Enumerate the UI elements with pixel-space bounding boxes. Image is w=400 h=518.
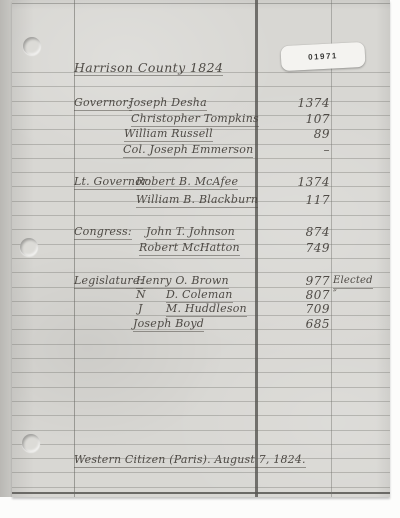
catalog-number: 01971 xyxy=(308,51,338,62)
vote-count: 709 xyxy=(306,302,330,316)
candidate-name: M. Huddleson xyxy=(166,302,247,317)
candidate-name: William B. Blackburn xyxy=(136,193,258,208)
candidate-name: D. Coleman xyxy=(166,288,233,303)
vote-count: 685 xyxy=(306,317,330,331)
ruled-line xyxy=(12,387,390,388)
tally-row: Governor: Joseph Desha 1374 xyxy=(74,96,332,111)
tally-row: Robert McHatton 749 xyxy=(74,241,332,256)
tally-row: J M. Huddleson 709 xyxy=(74,302,332,317)
tally-row: Lt. Governor: Robert B. McAfee 1374 xyxy=(74,175,332,190)
tally-row: Col. Joseph Emmerson – xyxy=(74,143,332,158)
vote-count: 977 xyxy=(306,274,330,288)
candidate-name: William Russell xyxy=(124,127,213,142)
vote-count: 749 xyxy=(306,241,330,255)
ruled-line xyxy=(12,444,390,445)
candidate-name: Henry O. Brown xyxy=(136,274,229,289)
source-citation: Western Citizen (Paris). August 7, 1824. xyxy=(74,453,306,468)
candidate-name: Col. Joseph Emmerson xyxy=(123,143,253,158)
vote-count: 1374 xyxy=(297,175,330,189)
scanner-edge-strip xyxy=(0,0,12,497)
ruled-line xyxy=(12,487,390,488)
vote-count: 117 xyxy=(306,193,330,207)
vote-count: 874 xyxy=(306,225,330,239)
ruled-line xyxy=(12,430,390,431)
hole-punch-middle xyxy=(20,238,38,256)
candidate-name: John T. Johnson xyxy=(146,225,235,240)
candidate-name: Joseph Desha xyxy=(129,96,207,111)
ruled-line xyxy=(12,172,390,173)
page-title: Harrison County 1824 xyxy=(74,61,223,76)
bottom-rule-line xyxy=(12,492,390,494)
office-label: Congress: xyxy=(74,225,132,240)
candidate-name: Robert McHatton xyxy=(139,241,240,256)
catalog-sticker: 01971 xyxy=(280,42,365,71)
ruled-line xyxy=(12,215,390,216)
vote-count: 89 xyxy=(314,127,330,141)
top-edge-line xyxy=(12,3,390,4)
candidate-name: Joseph Boyd xyxy=(133,317,204,332)
tally-row: Legislature: Henry O. Brown 977 Elected xyxy=(74,274,332,289)
vote-count: – xyxy=(324,143,331,157)
candidate-name: Robert B. McAfee xyxy=(136,175,238,190)
office-label: Governor: xyxy=(74,96,132,111)
ruled-line xyxy=(12,415,390,416)
vote-count: 107 xyxy=(306,112,330,126)
ruled-line xyxy=(12,358,390,359)
candidate-name: Christopher Tompkins xyxy=(131,112,259,127)
ruled-line xyxy=(12,401,390,402)
ruled-line xyxy=(12,258,390,259)
ditto-mark: ″ xyxy=(333,288,337,302)
ruled-line xyxy=(12,86,390,87)
vote-count: 807 xyxy=(306,288,330,302)
tally-row: William Russell 89 xyxy=(74,127,332,142)
tally-row: Congress: John T. Johnson 874 xyxy=(74,225,332,240)
hole-punch-bottom xyxy=(22,434,40,452)
candidate-initial: N xyxy=(136,288,146,302)
scanned-document: 01971 Harrison County 1824 Governor: Jos… xyxy=(0,0,400,518)
ruled-line xyxy=(12,472,390,473)
ruled-line xyxy=(12,372,390,373)
tally-row: Joseph Boyd 685 xyxy=(74,317,332,332)
office-label: Legislature: xyxy=(74,274,143,289)
ruled-line xyxy=(12,344,390,345)
result-note: Elected xyxy=(333,274,373,289)
vote-count: 1374 xyxy=(297,96,330,110)
tally-row: Christopher Tompkins 107 xyxy=(74,112,332,127)
tally-row: William B. Blackburn 117 xyxy=(74,193,332,208)
tally-row: N D. Coleman 807 ″ xyxy=(74,288,332,303)
notebook-paper: 01971 Harrison County 1824 Governor: Jos… xyxy=(12,0,390,497)
candidate-initial: J xyxy=(138,302,143,316)
hole-punch-top xyxy=(23,37,41,55)
